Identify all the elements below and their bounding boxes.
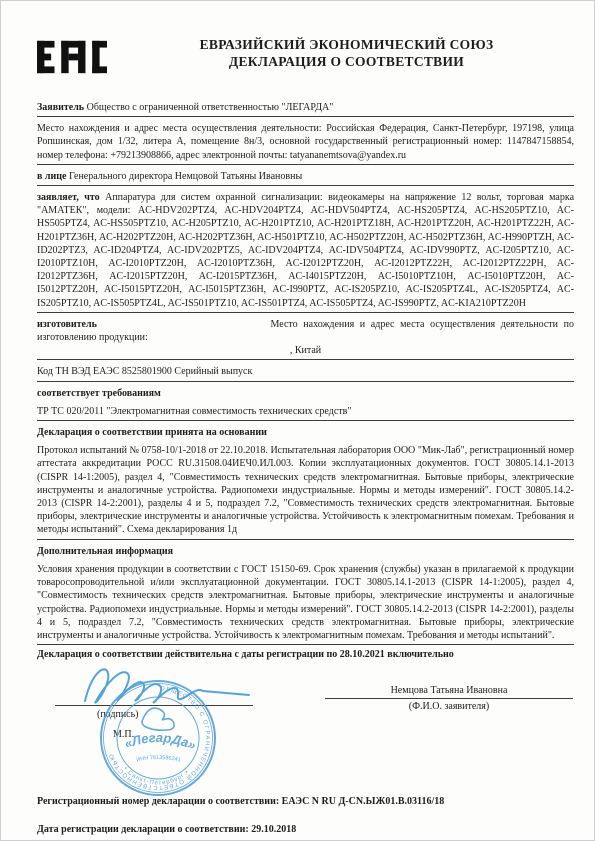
applicant-label: Заявитель xyxy=(37,102,84,113)
union-name: ЕВРАЗИЙСКИЙ ЭКОНОМИЧЕСКИЙ СОЮЗ xyxy=(119,36,574,53)
manufacturer-country: , Китай xyxy=(37,344,574,360)
applicant-representative-line: в лице Генерального директора Немцовой Т… xyxy=(37,170,574,186)
svg-text:«ЛегарДа»: «ЛегарДа» xyxy=(122,730,198,753)
conforms-heading: соответствует требованиям xyxy=(37,387,574,400)
tnved-line: Код ТН ВЭД ЕАЭС 8525801900 Серийный выпу… xyxy=(37,365,574,381)
in-person-label: в лице xyxy=(37,171,66,182)
additional-info-text: Условия хранения продукции в соответстви… xyxy=(37,563,574,645)
manufacturer-label: изготовитель xyxy=(37,319,97,330)
basis-heading: Декларация о соответствии принята на осн… xyxy=(37,426,574,439)
svg-text:ИНН 7813586241: ИНН 7813586241 xyxy=(136,755,181,764)
validity-line: Декларация о соответствии действительна … xyxy=(37,648,574,661)
handwritten-signature xyxy=(77,661,257,713)
declaration-document: ЕВРАЗИЙСКИЙ ЭКОНОМИЧЕСКИЙ СОЮЗ ДЕКЛАРАЦИ… xyxy=(0,0,595,841)
fio-column: Немцова Татьяна Ивановна (Ф.И.О. заявите… xyxy=(325,685,573,712)
applicant-fio: Немцова Татьяна Ивановна xyxy=(325,685,573,699)
basis-text: Протокол испытаний № 0758-10/1-2018 от 2… xyxy=(37,444,574,539)
fio-caption: (Ф.И.О. заявителя) xyxy=(325,699,573,712)
signature-area: (подпись) М.П. ОБЩЕСТВО С ОГРА xyxy=(37,669,574,773)
additional-info-heading: Дополнительная информация xyxy=(37,545,574,558)
representative-name: Генерального директора Немцовой Татьяны … xyxy=(69,171,302,182)
manufacturer-line: изготовитель Место нахождения и адрес ме… xyxy=(37,318,574,344)
applicant-line: Заявитель Общество с ограниченной ответс… xyxy=(37,101,574,117)
registration-number-line: Регистрационный номер декларации о соотв… xyxy=(37,795,574,808)
regulation-line: ТР ТС 020/2011 "Электромагнитная совмест… xyxy=(37,405,574,421)
product-declaration: заявляет, что Аппаратура для систем охра… xyxy=(37,191,574,313)
applicant-name: Общество с ограниченной ответственностью… xyxy=(87,102,334,113)
applicant-address: Место нахождения и адрес места осуществл… xyxy=(37,122,574,165)
product-description: Аппаратура для систем охранной сигнализа… xyxy=(37,192,574,309)
declares-label: заявляет, что xyxy=(37,192,100,203)
stamp-inn-text: ИНН 7813586241 xyxy=(136,755,181,764)
registration-date-line: Дата регистрации декларации о соответств… xyxy=(37,823,574,836)
eac-logo-icon xyxy=(37,28,119,85)
document-title: ДЕКЛАРАЦИЯ О СООТВЕТСТВИИ xyxy=(119,53,574,70)
stamp-company-name: «ЛегарДа» xyxy=(122,730,198,753)
manufacturer-place-label: Место нахождения и адрес места осуществл… xyxy=(37,319,574,343)
document-header: ЕВРАЗИЙСКИЙ ЭКОНОМИЧЕСКИЙ СОЮЗ ДЕКЛАРАЦИ… xyxy=(37,28,574,85)
